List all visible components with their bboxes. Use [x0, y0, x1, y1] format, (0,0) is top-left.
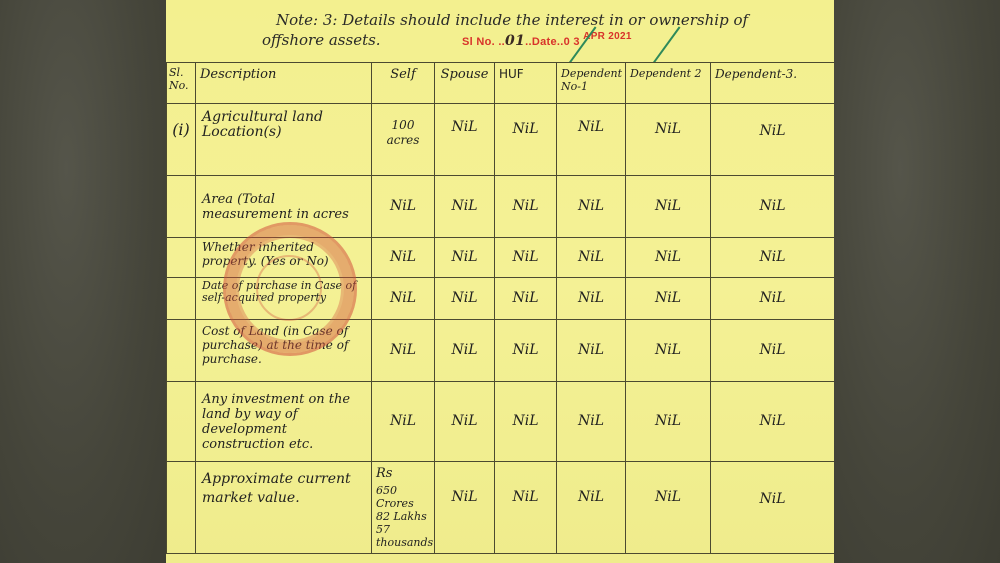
serial-value: 01	[505, 33, 525, 49]
cell-dependent-3: NiL	[711, 176, 835, 238]
cell-dependent-2: NiL	[626, 320, 711, 382]
cell-huf: NiL	[495, 278, 557, 320]
amount-lakhs: 82 Lakhs	[376, 510, 430, 523]
currency-label: Rs	[376, 467, 430, 480]
row-description: Area (Total measurement in acres	[196, 176, 372, 238]
section-number-empty	[167, 176, 196, 238]
cell-self: NiL	[372, 238, 435, 278]
table-row: Date of purchase in Case of self-acquire…	[167, 278, 835, 320]
cell-spouse: NiL	[435, 176, 495, 238]
column-header: Spouse	[435, 63, 495, 104]
cell-dependent-3: NiL	[711, 462, 835, 554]
cell-dependent-2: NiL	[626, 382, 711, 462]
table-row: Any investment on the land by way of dev…	[167, 382, 835, 462]
row-description: Whether inherited property. (Yes or No)	[196, 238, 372, 278]
affidavit-page: Note: 3: Details should include the inte…	[166, 0, 834, 563]
table-header-row: Sl. No. Description Self Spouse HUF Depe…	[167, 63, 835, 104]
date-label: ..Date..	[525, 36, 563, 48]
cell-huf: NiL	[495, 382, 557, 462]
note-line-1: Note: 3: Details should include the inte…	[202, 10, 822, 30]
cell-spouse: NiL	[435, 382, 495, 462]
serial-date-stamp: Sl No. ..01..Date..0 3 APR 2021	[462, 33, 632, 49]
cell-self: NiL	[372, 278, 435, 320]
column-header: HUF	[495, 63, 557, 104]
cell-dependent-2: NiL	[626, 176, 711, 238]
cell-self-market-value: Rs 650 Crores 82 Lakhs 57 thousands	[372, 462, 435, 554]
cell-dependent-1: NiL	[557, 382, 626, 462]
cell-self: NiL	[372, 320, 435, 382]
serial-label: Sl No. ..	[462, 36, 505, 48]
cell-dependent-1: NiL	[557, 176, 626, 238]
cell-self: NiL	[372, 176, 435, 238]
cell-huf: NiL	[495, 104, 557, 176]
section-number-empty	[167, 238, 196, 278]
column-header: Self	[372, 63, 435, 104]
cell-dependent-3: NiL	[711, 278, 835, 320]
section-number-empty	[167, 320, 196, 382]
cell-dependent-2: NiL	[626, 238, 711, 278]
column-header: Sl. No.	[167, 63, 196, 104]
photo-background-left	[0, 0, 166, 563]
section-number-empty	[167, 278, 196, 320]
table-row: Approximate current market value. Rs 650…	[167, 462, 835, 554]
cell-dependent-1: NiL	[557, 462, 626, 554]
date-value: 0 3	[564, 36, 580, 48]
cell-spouse: NiL	[435, 104, 495, 176]
cell-huf: NiL	[495, 176, 557, 238]
cell-spouse: NiL	[435, 320, 495, 382]
cell-huf: NiL	[495, 462, 557, 554]
cell-dependent-3: NiL	[711, 238, 835, 278]
cell-spouse: NiL	[435, 462, 495, 554]
cell-dependent-2: NiL	[626, 462, 711, 554]
amount-thousands: 57 thousands	[376, 523, 430, 549]
section-number-empty	[167, 382, 196, 462]
cell-dependent-3: NiL	[711, 382, 835, 462]
cell-dependent-1: NiL	[557, 278, 626, 320]
row-description: Agricultural land Location(s)	[196, 104, 372, 176]
table-row: (i) Agricultural land Location(s) 100 ac…	[167, 104, 835, 176]
cell-dependent-2: NiL	[626, 104, 711, 176]
row-description: Date of purchase in Case of self-acquire…	[196, 278, 372, 320]
row-description: Cost of Land (in Case of purchase) at th…	[196, 320, 372, 382]
column-header: Dependent-3.	[711, 63, 835, 104]
table-row: Whether inherited property. (Yes or No) …	[167, 238, 835, 278]
photo-background-right	[834, 0, 1000, 563]
cell-spouse: NiL	[435, 278, 495, 320]
column-header: Description	[196, 63, 372, 104]
cell-dependent-3: NiL	[711, 320, 835, 382]
cell-dependent-1: NiL	[557, 104, 626, 176]
table-row: Area (Total measurement in acres NiL NiL…	[167, 176, 835, 238]
cell-self: 100 acres	[372, 104, 435, 176]
table-row: Cost of Land (in Case of purchase) at th…	[167, 320, 835, 382]
section-number: (i)	[167, 104, 196, 176]
assets-table: Sl. No. Description Self Spouse HUF Depe…	[166, 62, 834, 554]
column-header: Dependent 2	[626, 63, 711, 104]
cell-dependent-3: NiL	[711, 104, 835, 176]
section-number-empty	[167, 462, 196, 554]
cell-huf: NiL	[495, 320, 557, 382]
cell-self: NiL	[372, 382, 435, 462]
column-header: Dependent No-1	[557, 63, 626, 104]
cell-spouse: NiL	[435, 238, 495, 278]
cell-huf: NiL	[495, 238, 557, 278]
amount-crores: 650 Crores	[376, 484, 430, 510]
cell-dependent-2: NiL	[626, 278, 711, 320]
cell-dependent-1: NiL	[557, 320, 626, 382]
row-description: Approximate current market value.	[196, 462, 372, 554]
cell-dependent-1: NiL	[557, 238, 626, 278]
row-description: Any investment on the land by way of dev…	[196, 382, 372, 462]
